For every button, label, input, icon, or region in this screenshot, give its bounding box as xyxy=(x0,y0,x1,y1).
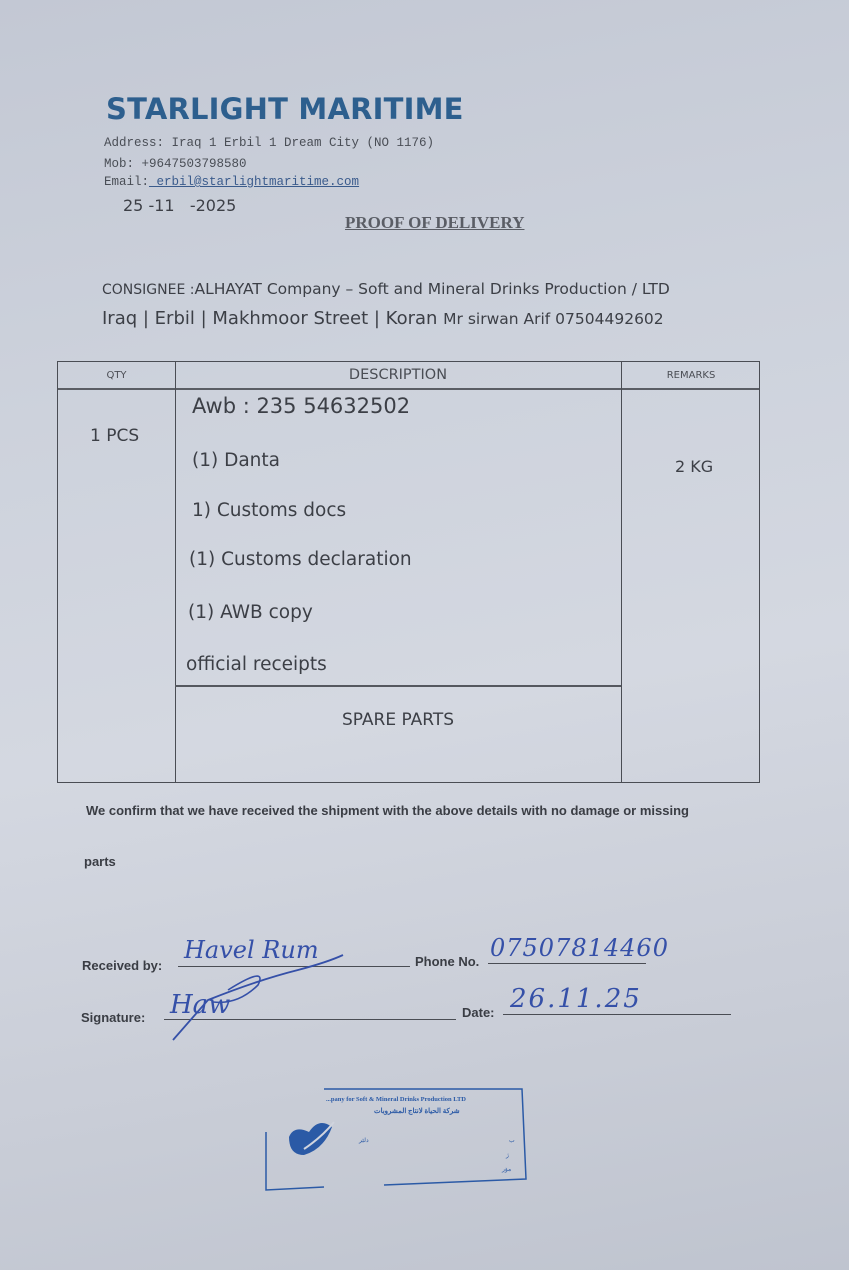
company-stamp: دلێر ب ژ مۆر ...pany for Soft & Mineral … xyxy=(264,1087,527,1192)
document-title: PROOF OF DELIVERY xyxy=(345,213,524,233)
email-label: Email: xyxy=(104,175,149,189)
document-date: 25 -11 -2025 xyxy=(123,196,236,215)
delivery-table: QTY DESCRIPTION REMARKS 1 PCS Awb : 235 … xyxy=(57,361,760,783)
svg-text:دلێر: دلێر xyxy=(358,1137,369,1144)
phone-line xyxy=(488,963,646,964)
column-header-remarks: REMARKS xyxy=(621,370,761,381)
description-item: (1) AWB copy xyxy=(188,602,313,623)
description-item: (1) Danta xyxy=(192,450,280,471)
company-email-row: Email:_erbil@starlightmaritime.com xyxy=(104,175,359,189)
company-mobile: Mob: +9647503798580 xyxy=(104,157,247,171)
description-item: (1) Customs declaration xyxy=(189,549,412,570)
phone-value: 07507814460 xyxy=(490,934,669,962)
consignee-contact: Mr sirwan Arif 07504492602 xyxy=(443,310,664,328)
svg-text:ب: ب xyxy=(509,1138,515,1144)
remarks-cell: 2 KG xyxy=(675,457,713,476)
consignee-label: CONSIGNEE : xyxy=(102,282,194,298)
qty-cell: 1 PCS xyxy=(90,426,139,446)
consignee-address: Iraq | Erbil | Makhmoor Street | Koran xyxy=(102,308,437,329)
company-address: Address: Iraq 1 Erbil 1 Dream City (NO 1… xyxy=(104,136,434,150)
stamp-text-arabic: شركة الحياة لانتاج المشروبات xyxy=(374,1107,460,1115)
date-line xyxy=(503,1014,731,1015)
company-name: STARLIGHT MARITIME xyxy=(106,92,464,126)
email-link[interactable]: _erbil@starlightmaritime.com xyxy=(149,175,359,189)
awb-number: Awb : 235 54632502 xyxy=(192,394,410,418)
confirmation-text-cont: parts xyxy=(84,854,116,869)
date-label: Date: xyxy=(462,1005,495,1020)
goods-type: SPARE PARTS xyxy=(175,710,621,730)
signature-stroke-icon xyxy=(168,950,348,1045)
confirmation-text: We confirm that we have received the shi… xyxy=(86,803,689,818)
row-divider xyxy=(175,685,621,687)
svg-text:مۆر: مۆر xyxy=(501,1167,511,1173)
stamp-text: ...pany for Soft & Mineral Drinks Produc… xyxy=(326,1096,466,1103)
consignee-address-line: Iraq | Erbil | Makhmoor Street | Koran M… xyxy=(102,308,664,329)
column-divider xyxy=(621,362,622,782)
received-by-label: Received by: xyxy=(82,958,162,973)
date-value: 26.11.25 xyxy=(510,984,642,1014)
signature-label: Signature: xyxy=(81,1010,145,1025)
column-header-description: DESCRIPTION xyxy=(175,367,621,383)
column-header-qty: QTY xyxy=(58,370,175,381)
consignee-company: ALHAYAT Company – Soft and Mineral Drink… xyxy=(194,280,669,298)
consignee-line: CONSIGNEE :ALHAYAT Company – Soft and Mi… xyxy=(102,280,670,298)
description-item: 1) Customs docs xyxy=(192,500,346,521)
phone-label: Phone No. xyxy=(415,954,479,969)
description-item: official receipts xyxy=(186,654,327,675)
svg-text:ژ: ژ xyxy=(505,1153,509,1159)
